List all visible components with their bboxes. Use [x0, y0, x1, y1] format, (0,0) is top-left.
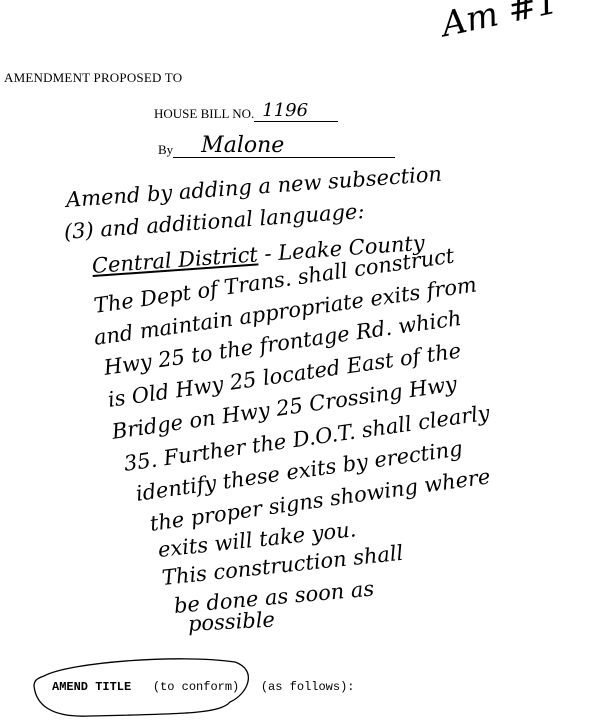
header-title: AMENDMENT PROPOSED TO [4, 70, 182, 86]
bill-number: 1196 [262, 100, 308, 121]
handwritten-line: possible [187, 607, 275, 636]
as-follows-text: (as follows): [261, 680, 355, 694]
sponsor-signature: Malone [201, 133, 284, 158]
bill-number-field: 1196 [254, 106, 338, 122]
amend-title-label: AMEND TITLE [52, 680, 131, 694]
bill-label: HOUSE BILL NO. [154, 106, 254, 121]
handwritten-line: Amend by adding a new subsection [65, 162, 442, 212]
conform-note: (to conform) [153, 680, 239, 694]
amend-title-line: AMEND TITLE (to conform) (as follows): [52, 680, 354, 694]
sponsor-field: Malone [173, 142, 395, 158]
sponsor-line: ByMalone [158, 142, 395, 158]
underlined-district: Central District [91, 242, 258, 278]
by-label: By [158, 142, 173, 157]
bill-number-line: HOUSE BILL NO.1196 [154, 106, 338, 122]
corner-annotation: Am #1 [438, 0, 561, 45]
